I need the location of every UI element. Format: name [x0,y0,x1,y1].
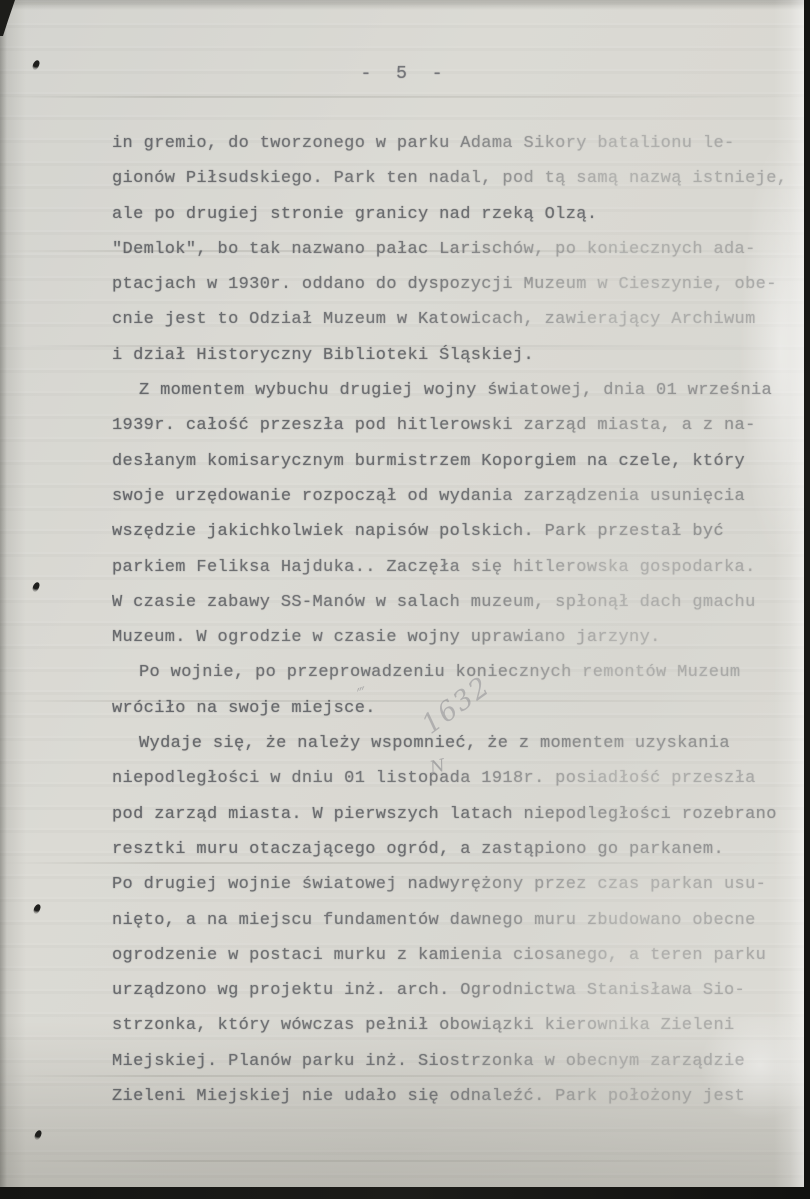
page-number: - 5 - [0,64,810,84]
text-line: Miejskiej. Planów parku inż. Siostrzonka… [112,1044,808,1079]
text-line: 1939r. całość przeszła pod hitlerowski z… [112,408,808,443]
text-line: urządzono wg projektu inż. arch. Ogrodni… [112,973,808,1008]
text-line: i dział Historyczny Biblioteki Śląskiej. [112,338,808,373]
text-line: "Demlok", bo tak nazwano pałac Larischów… [112,232,808,267]
paper-crease [0,1160,804,1162]
text-line: ogrodzenie w postaci murku z kamienia ci… [112,938,808,973]
text-line: Wydaje się, że należy wspomnieć, że z mo… [112,726,808,761]
text-line: Zieleni Miejskiej nie udało się odnaleźć… [112,1079,808,1114]
text-line: swoje urzędowanie rozpoczął od wydania z… [112,479,808,514]
text-line: Po drugiej wojnie światowej nadwyrężony … [112,867,808,902]
text-line: strzonka, który wówczas pełnił obowiązki… [112,1008,808,1043]
text-line: ale po drugiej stronie granicy nad rzeką… [112,197,808,232]
text-line: desłanym komisarycznym burmistrzem Kopor… [112,444,808,479]
text-line: wszędzie jakichkolwiek napisów polskich.… [112,514,808,549]
paper-crease [0,96,804,98]
text-line: W czasie zabawy SS-Manów w salach muzeum… [112,585,808,620]
typewritten-text-block: in gremio, do tworzonego w parku Adama S… [112,126,808,1114]
text-line: wróciło na swoje miejsce. [112,691,808,726]
text-line: Z momentem wybuchu drugiej wojny światow… [112,373,808,408]
text-line: gionów Piłsudskiego. Park ten nadal, pod… [112,161,808,196]
text-line: ptacjach w 1930r. oddano do dyspozycji M… [112,267,808,302]
text-line: cnie jest to Odział Muzeum w Katowicach,… [112,302,808,337]
text-line: Po wojnie, po przeprowadzeniu koniecznyc… [112,655,808,690]
text-line: nięto, a na miejscu fundamentów dawnego … [112,903,808,938]
text-line: niepodległości w dniu 01 listopada 1918r… [112,761,808,796]
text-line: resztki muru otaczającego ogród, a zastą… [112,832,808,867]
scan-edge-bottom [0,1187,810,1199]
text-line: in gremio, do tworzonego w parku Adama S… [112,126,808,161]
text-line: pod zarząd miasta. W pierwszych latach n… [112,797,808,832]
text-line: parkiem Feliksa Hajduka.. Zaczęła się hi… [112,550,808,585]
text-line: Muzeum. W ogrodzie w czasie wojny uprawi… [112,620,808,655]
